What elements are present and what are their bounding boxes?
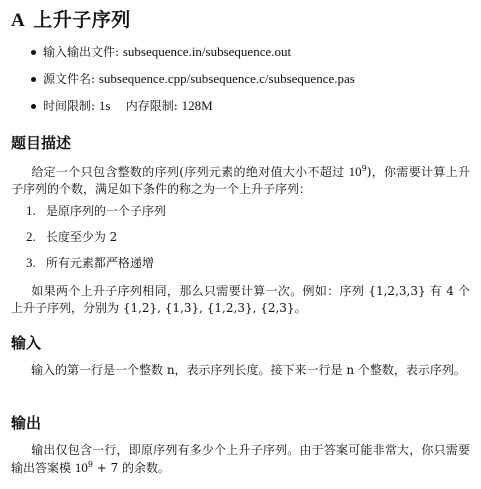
problem-title-text: 上升子序列: [33, 9, 131, 31]
output-text-b: + 7 的余数。: [93, 461, 170, 475]
input-text: 输入的第一行是一个整数 n，表示序列长度。接下来一行是 n 个整数，表示序列。: [31, 363, 466, 377]
time-limit-value: 1s: [99, 98, 111, 113]
memory-limit-value: 128M: [182, 98, 213, 113]
condition-text: 是原序列的一个子序列: [46, 204, 166, 218]
info-value: subsequence.in/subsequence.out: [123, 44, 291, 59]
condition-number: 1.: [26, 202, 42, 220]
condition-number: 2.: [26, 228, 42, 246]
condition-number: 3.: [26, 254, 42, 272]
input-heading: 输入: [11, 332, 41, 353]
desc-example-text: 如果两个上升子序列相同，那么只需要计算一次。例如：序列 {1,2,3,3} 有 …: [11, 284, 470, 315]
input-paragraph: 输入的第一行是一个整数 n，表示序列长度。接下来一行是 n 个整数，表示序列。: [11, 362, 470, 379]
condition-item: 1. 是原序列的一个子序列: [26, 202, 166, 228]
bullet-icon: [31, 50, 36, 55]
description-heading: 题目描述: [11, 132, 71, 153]
bullet-icon: [31, 104, 36, 109]
info-value: subsequence.cpp/subsequence.c/subsequenc…: [99, 71, 355, 86]
time-limit-label: 时间限制:: [43, 99, 95, 113]
output-heading: 输出: [11, 412, 41, 433]
bullet-icon: [31, 77, 36, 82]
desc-power-base: 10: [349, 164, 362, 179]
condition-list: 1. 是原序列的一个子序列 2. 长度至少为 2 3. 所有元素都严格递增: [26, 202, 166, 280]
mod-power-base: 10: [75, 460, 88, 475]
output-paragraph: 输出仅包含一行，即原序列有多少个上升子序列。由于答案可能非常大，你只需要输出答案…: [11, 442, 470, 477]
condition-text: 长度至少为 2: [46, 230, 117, 244]
info-io-files: 输入输出文件: subsequence.in/subsequence.out: [28, 43, 355, 70]
info-limits: 时间限制: 1s 内存限制: 128M: [28, 97, 355, 124]
condition-item: 2. 长度至少为 2: [26, 228, 166, 254]
problem-title: A上升子序列: [11, 5, 131, 32]
problem-document: A上升子序列 输入输出文件: subsequence.in/subsequenc…: [0, 0, 481, 489]
description-paragraph-2: 如果两个上升子序列相同，那么只需要计算一次。例如：序列 {1,2,3,3} 有 …: [11, 283, 470, 317]
description-paragraph-1: 给定一个只包含整数的序列(序列元素的绝对值大小不超过 109)，你需要计算上升子…: [11, 163, 470, 198]
info-source-files: 源文件名: subsequence.cpp/subsequence.c/subs…: [28, 70, 355, 97]
condition-item: 3. 所有元素都严格递增: [26, 254, 166, 280]
info-label: 源文件名:: [43, 72, 95, 86]
condition-text: 所有元素都严格递增: [46, 256, 154, 270]
problem-info-list: 输入输出文件: subsequence.in/subsequence.out 源…: [28, 43, 355, 124]
problem-letter: A: [11, 10, 25, 31]
desc-text-a: 给定一个只包含整数的序列(序列元素的绝对值大小不超过: [31, 165, 349, 179]
memory-limit-label: 内存限制:: [126, 99, 178, 113]
info-label: 输入输出文件:: [43, 45, 119, 59]
